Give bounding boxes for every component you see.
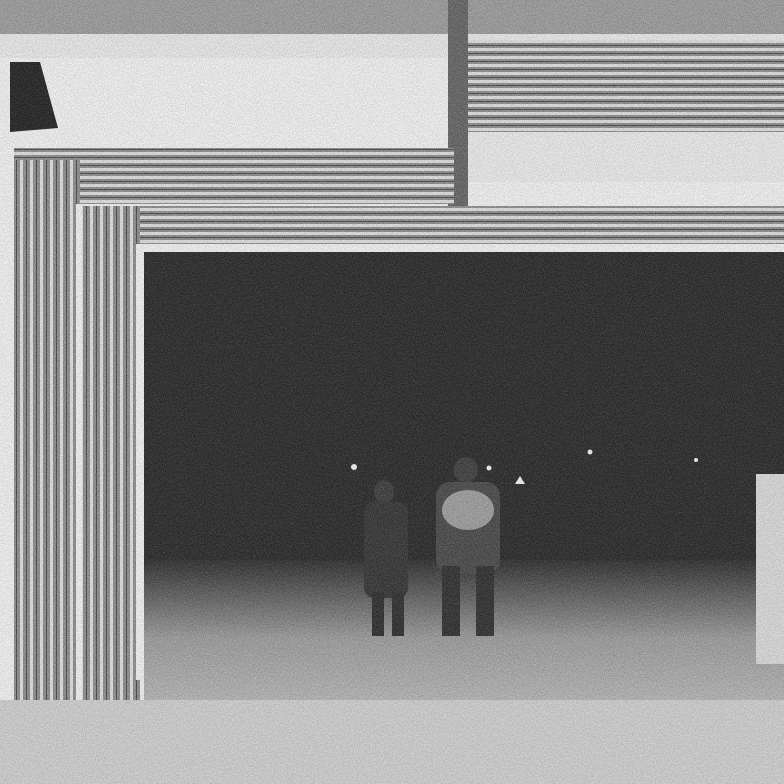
film-grain-overlay: [0, 0, 784, 784]
photo-scene: Grainy black-and-white night photograph …: [0, 0, 784, 784]
photo-canvas: [0, 0, 784, 784]
